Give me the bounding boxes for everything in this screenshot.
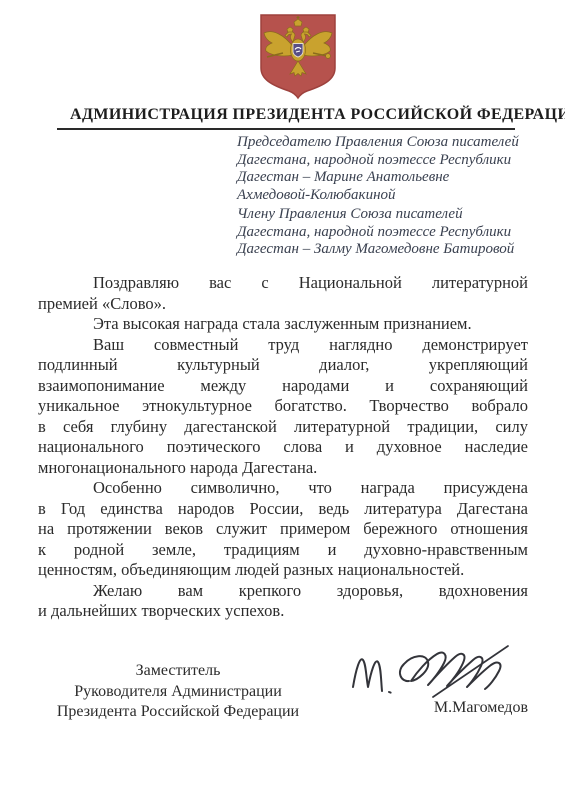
body-line: в себя глубину дагестанской литературной…: [38, 417, 528, 438]
addressee-block-2: Члену Правления Союза писателейДагестана…: [237, 206, 537, 259]
body-line: к родной земле, традициям и духовно-нрав…: [38, 540, 528, 561]
letter-page: АДМИНИСТРАЦИЯ ПРЕЗИДЕНТА РОССИЙСКОЙ ФЕДЕ…: [0, 0, 565, 800]
body-line: и дальнейших творческих успехов.: [38, 601, 528, 622]
letter-body: Поздравляю вас с Национальной литературн…: [38, 273, 528, 622]
paragraph: Эта высокая награда стала заслуженным пр…: [38, 314, 528, 335]
address-line: Члену Правления Союза писателей: [237, 206, 537, 224]
body-line: в Год единства народов России, ведь лите…: [38, 499, 528, 520]
body-line: ценностям, объединяющим людей разных нац…: [38, 560, 528, 581]
signer-position-title: ЗаместительРуководителя АдминистрацииПре…: [40, 661, 316, 723]
russia-coat-of-arms-icon: [256, 12, 340, 100]
body-line: Желаю вам крепкого здоровья, вдохновения: [38, 581, 528, 602]
body-line: Особенно символично, что награда присужд…: [38, 478, 528, 499]
paragraph: Особенно символично, что награда присужд…: [38, 478, 528, 581]
body-line: Поздравляю вас с Национальной литературн…: [38, 273, 528, 294]
body-line: премией «Слово».: [38, 294, 528, 315]
paragraph: Желаю вам крепкого здоровья, вдохновения…: [38, 581, 528, 622]
paragraph: Поздравляю вас с Национальной литературн…: [38, 273, 528, 314]
body-line: подлинный культурный диалог, укрепляющий: [38, 355, 528, 376]
address-line: Председателю Правления Союза писателей: [237, 134, 537, 152]
address-line: Дагестан – Марине Анатольевне: [237, 169, 537, 187]
position-line: Руководителя Администрации: [40, 682, 316, 703]
position-line: Заместитель: [40, 661, 316, 682]
body-line: Ваш совместный труд наглядно демонстриру…: [38, 335, 528, 356]
signer-name: М.Магомедов: [398, 699, 528, 717]
body-line: многонационального народа Дагестана.: [38, 458, 528, 479]
body-line: уникальное этнокультурное богатство. Тво…: [38, 396, 528, 417]
address-line: Ахмедовой-Колюбакиной: [237, 187, 537, 205]
header-divider: [57, 128, 515, 130]
body-line: на протяжении веков служит примером бере…: [38, 519, 528, 540]
body-line: Эта высокая награда стала заслуженным пр…: [38, 314, 528, 335]
body-line: взаимопонимание между народами и сохраня…: [38, 376, 528, 397]
address-line: Дагестан – Залму Магомедовне Батировой: [237, 241, 537, 259]
position-line: Президента Российской Федерации: [40, 702, 316, 723]
org-name-header: АДМИНИСТРАЦИЯ ПРЕЗИДЕНТА РОССИЙСКОЙ ФЕДЕ…: [70, 105, 530, 125]
handwritten-signature: [345, 640, 535, 704]
body-line: национального поэтического слова и духов…: [38, 437, 528, 458]
address-line: Дагестана, народной поэтессе Республики: [237, 224, 537, 242]
address-line: Дагестана, народной поэтессе Республики: [237, 152, 537, 170]
addressee-block-1: Председателю Правления Союза писателейДа…: [237, 134, 537, 204]
paragraph: Ваш совместный труд наглядно демонстриру…: [38, 335, 528, 479]
